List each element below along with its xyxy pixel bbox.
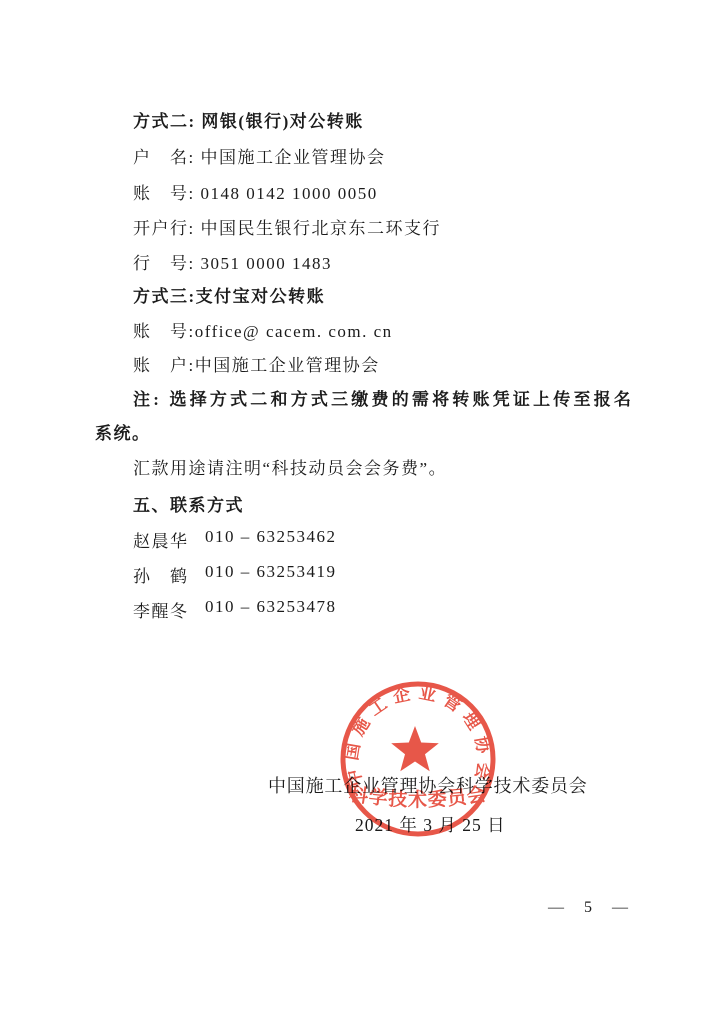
- contact-name: 赵晨华: [133, 527, 205, 552]
- contact-name: 孙 鹤: [133, 562, 205, 587]
- contact-phone: 010 – 63253419: [205, 562, 337, 587]
- account-name-row: 户 名: 中国施工企业管理协会: [133, 143, 385, 168]
- contact-row: 赵晨华 010 – 63253462: [133, 527, 337, 552]
- bank-code-row: 行 号: 3051 0000 1483: [133, 249, 332, 274]
- contact-phone: 010 – 63253478: [205, 597, 337, 622]
- contact-row: 李醒冬 010 – 63253478: [133, 597, 337, 622]
- method2-heading: 方式二: 网银(银行)对公转账: [133, 107, 364, 132]
- account-number-row: 账 号: 0148 0142 1000 0050: [133, 179, 378, 204]
- page-number: — 5 —: [548, 899, 632, 917]
- note-line-2: 系统。: [95, 419, 151, 444]
- seal-star-icon: [391, 726, 439, 771]
- signature-date: 2021 年 3 月 25 日: [355, 812, 506, 837]
- method3-heading: 方式三:支付宝对公转账: [133, 282, 325, 307]
- document-page: 方式二: 网银(银行)对公转账 户 名: 中国施工企业管理协会 账 号: 014…: [0, 0, 723, 1024]
- contacts-heading: 五、联系方式: [133, 491, 244, 516]
- contact-name: 李醒冬: [133, 597, 205, 622]
- alipay-account-row: 账 号:office@ cacem. com. cn: [133, 317, 393, 342]
- note-line-1: 注: 选择方式二和方式三缴费的需将转账凭证上传至报名: [133, 385, 634, 410]
- alipay-holder-row: 账 户:中国施工企业管理协会: [133, 351, 380, 376]
- remit-purpose-line: 汇款用途请注明“科技动员会会务费”。: [133, 454, 447, 479]
- contact-phone: 010 – 63253462: [205, 527, 337, 552]
- signature-org: 中国施工企业管理协会科学技术委员会: [268, 772, 588, 798]
- contact-row: 孙 鹤 010 – 63253419: [133, 562, 337, 587]
- bank-branch-row: 开户行: 中国民生银行北京东二环支行: [133, 214, 441, 239]
